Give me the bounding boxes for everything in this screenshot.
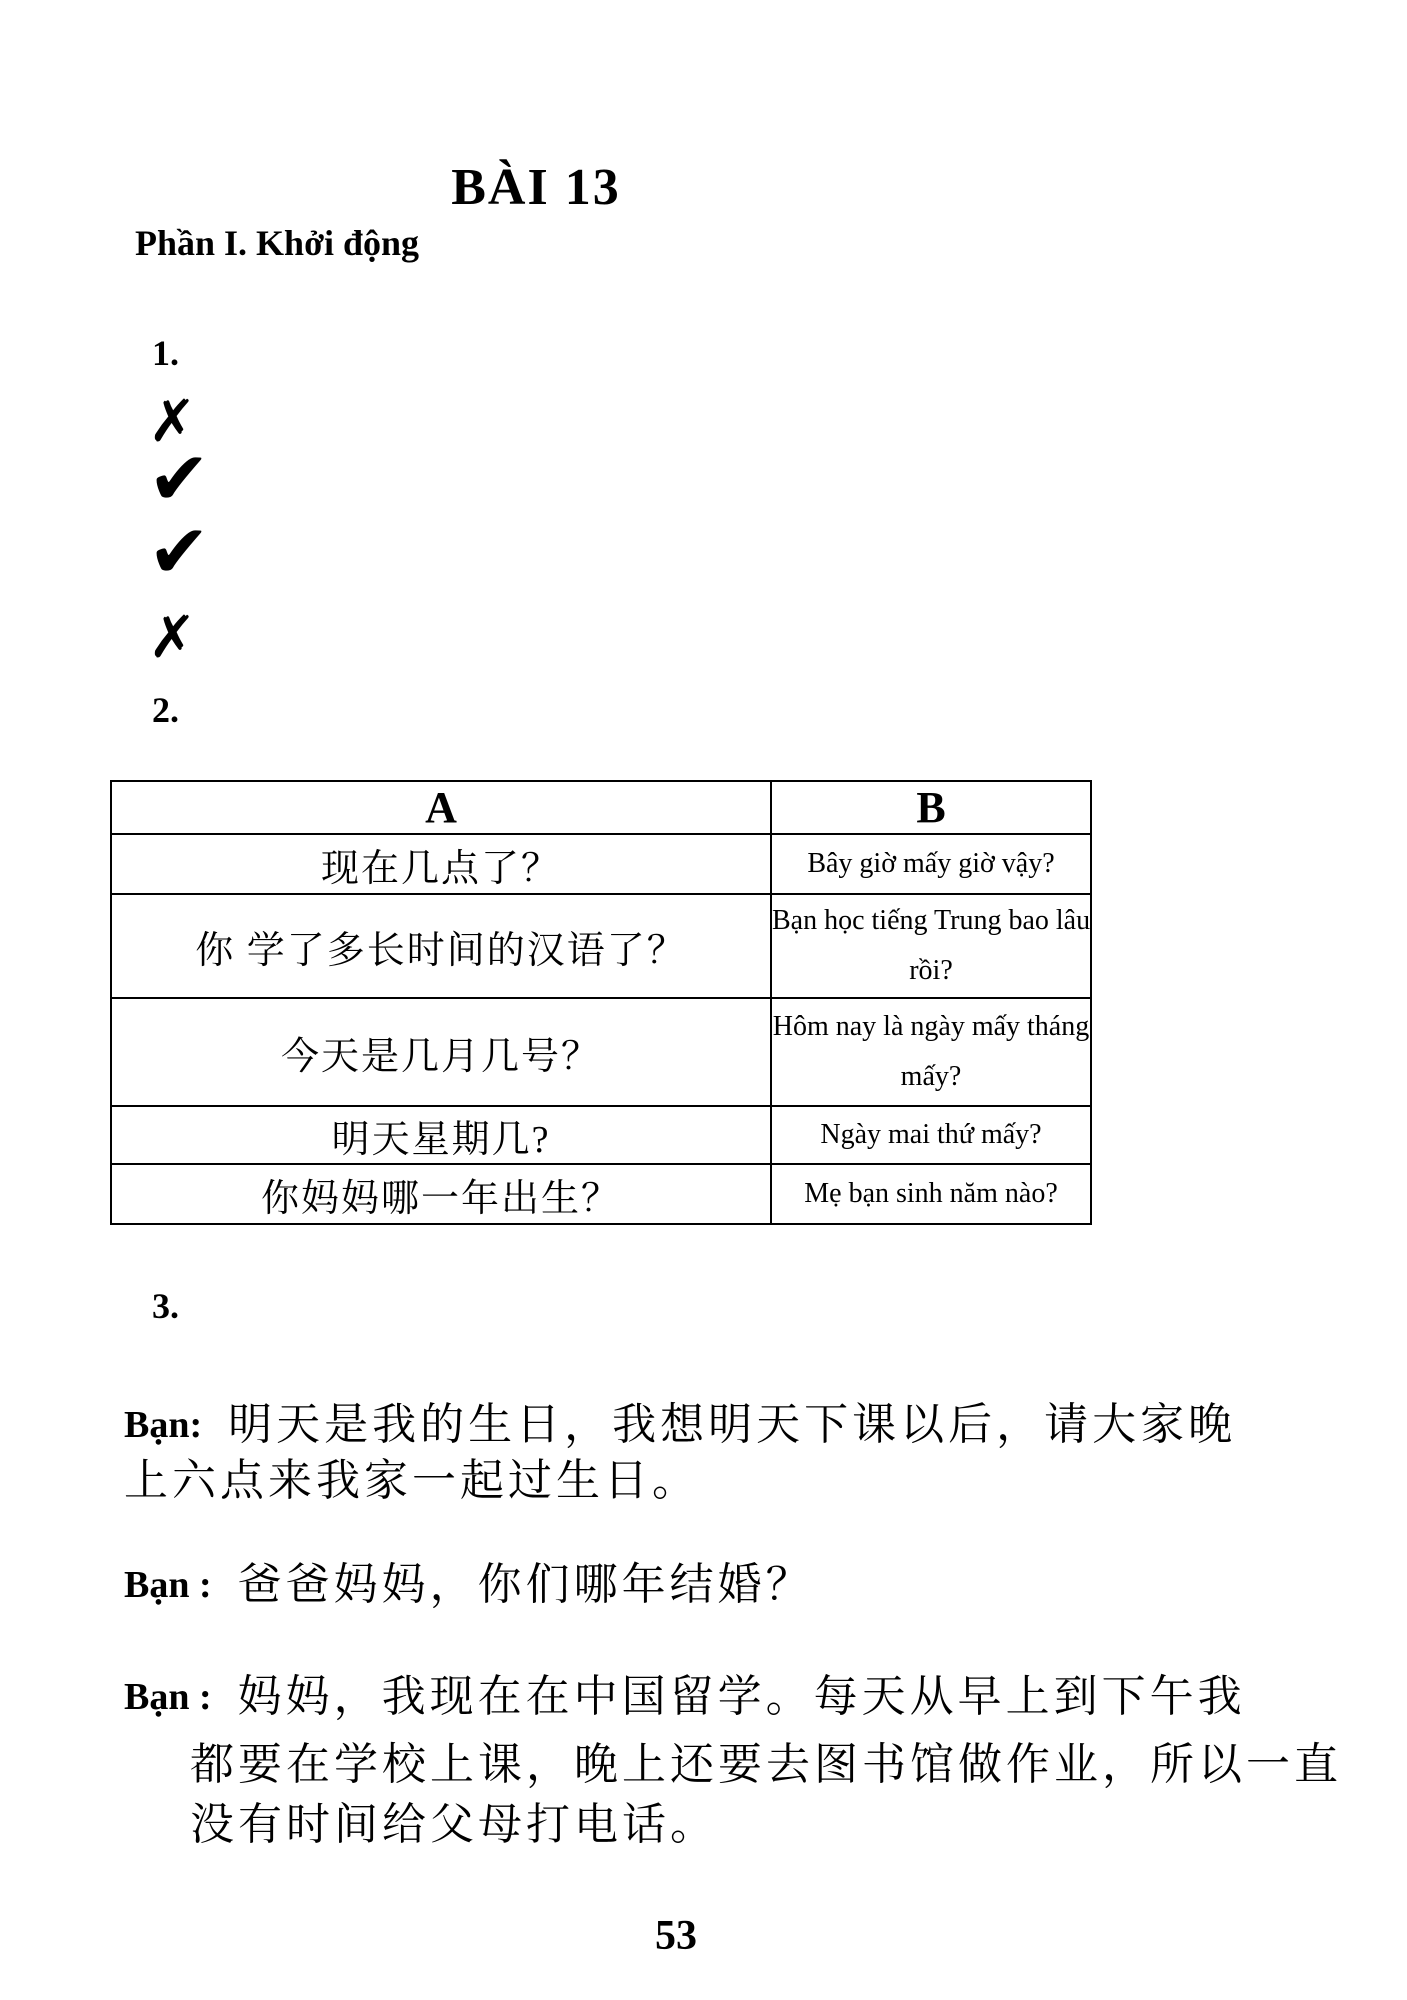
- speaker-label: Bạn :: [124, 1564, 212, 1606]
- chinese-question: 明天星期几?: [112, 1108, 770, 1163]
- chinese-question: 你 学了多长时间的汉语了？: [112, 919, 770, 974]
- dialogue-line: Bạn :妈妈，我现在在中国留学。每天从早上到下午我: [124, 1672, 1246, 1723]
- dialogue-text: 妈妈，我现在在中国留学。每天从早上到下午我: [238, 1672, 1246, 1721]
- dialogue-text: 爸爸妈妈，你们哪年结婚？: [238, 1560, 814, 1609]
- speaker-label: Bạn :: [124, 1676, 212, 1718]
- lesson-title: BÀI 13: [0, 158, 1072, 217]
- column-a-header: A: [425, 783, 457, 832]
- chinese-question: 今天是几月几号？: [112, 1025, 770, 1080]
- vietnamese-translation: Bạn học tiếng Trung bao lâu: [772, 896, 1090, 946]
- page-number: 53: [0, 1912, 1352, 1960]
- dialogue-text: 明天是我的生日，我想明天下课以后，请大家晚: [228, 1400, 1236, 1449]
- matching-table: A B 现在几点了？ Bây giờ mấy giờ vậy? 你 学了多长时间…: [110, 780, 1092, 1225]
- vietnamese-translation: Bây giờ mấy giờ vậy?: [772, 847, 1090, 881]
- speaker-label: Bạn:: [124, 1404, 202, 1446]
- cross-icon: ✗: [148, 608, 197, 666]
- dialogue-text: 都要在学校上课，晚上还要去图书馆做作业，所以一直: [190, 1740, 1342, 1789]
- table-row: 明天星期几? Ngày mai thứ mấy?: [111, 1106, 1091, 1164]
- column-b-header: B: [916, 783, 945, 832]
- table-header-row: A B: [111, 781, 1091, 834]
- section-heading: Phần I. Khởi động: [135, 222, 419, 264]
- dialogue-line: Bạn :爸爸妈妈，你们哪年结婚？: [124, 1560, 814, 1611]
- chinese-question: 你妈妈哪一年出生？: [112, 1167, 770, 1222]
- table-row: 现在几点了？ Bây giờ mấy giờ vậy?: [111, 834, 1091, 894]
- dialogue-text: 上六点来我家一起过生日。: [124, 1456, 700, 1505]
- vietnamese-translation: Ngày mai thứ mấy?: [772, 1118, 1090, 1152]
- vietnamese-translation: rồi?: [772, 946, 1090, 996]
- vietnamese-translation: Hôm nay là ngày mấy tháng: [772, 1002, 1090, 1052]
- check-icon: ✔: [148, 515, 210, 589]
- dialogue-line: Bạn:明天是我的生日，我想明天下课以后，请大家晚: [124, 1400, 1236, 1451]
- table-row: 你妈妈哪一年出生？ Mẹ bạn sinh năm nào?: [111, 1164, 1091, 1224]
- exercise-1-number: 1.: [152, 335, 179, 371]
- vietnamese-translation: mấy?: [772, 1052, 1090, 1102]
- dialogue-text: 没有时间给父母打电话。: [190, 1800, 718, 1849]
- exercise-3-number: 3.: [152, 1288, 179, 1324]
- table-row: 今天是几月几号？ Hôm nay là ngày mấy tháng mấy?: [111, 998, 1091, 1106]
- dialogue-line: 没有时间给父母打电话。: [190, 1800, 718, 1851]
- dialogue-line: 上六点来我家一起过生日。: [124, 1456, 700, 1507]
- vietnamese-translation: Mẹ bạn sinh năm nào?: [772, 1177, 1090, 1211]
- chinese-question: 现在几点了？: [112, 837, 770, 892]
- exercise-2-number: 2.: [152, 692, 179, 728]
- document-page: BÀI 13 Phần I. Khởi động 1. ✗ ✔ ✔ ✗ 2. A…: [0, 0, 1407, 2000]
- check-icon: ✔: [148, 442, 210, 516]
- table-row: 你 学了多长时间的汉语了？ Bạn học tiếng Trung bao lâ…: [111, 894, 1091, 998]
- dialogue-line: 都要在学校上课，晚上还要去图书馆做作业，所以一直: [190, 1740, 1342, 1791]
